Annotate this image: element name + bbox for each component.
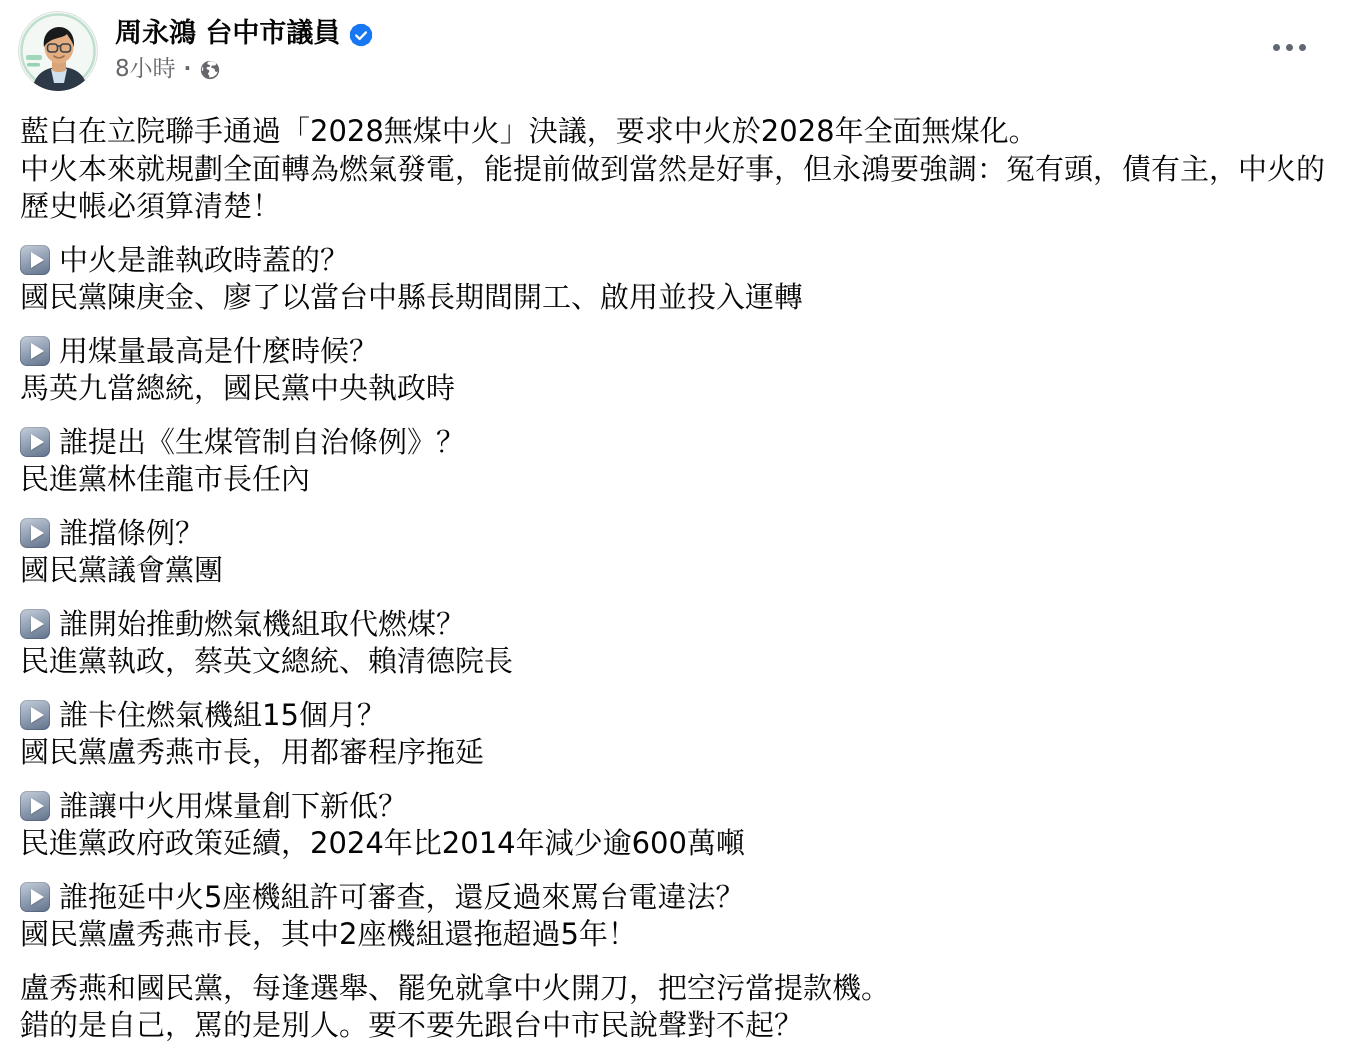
avatar[interactable]	[18, 11, 98, 91]
answer-line: 馬英九當總統，國民黨中央執政時	[20, 370, 1334, 408]
ellipsis-dot	[1273, 44, 1280, 51]
question-line: 誰擋條例？	[20, 515, 1334, 553]
question-line: 中火是誰執政時蓋的？	[20, 242, 1334, 280]
qa-block: 誰擋條例？ 國民黨議會黨團	[20, 515, 1334, 590]
play-button-emoji	[20, 791, 50, 821]
play-button-emoji	[20, 245, 50, 275]
play-button-emoji	[20, 609, 50, 639]
answer-line: 國民黨盧秀燕市長，其中2座機組還拖超過5年！	[20, 916, 1334, 954]
meta-separator: ·	[184, 56, 192, 80]
question-text: 誰提出《生煤管制自治條例》？	[59, 425, 465, 459]
answer-line: 國民黨陳庚金、廖了以當台中縣長期間開工、啟用並投入運轉	[20, 279, 1334, 317]
avatar-image	[18, 11, 98, 91]
qa-block: 誰開始推動燃氣機組取代燃煤？ 民進黨執政，蔡英文總統、賴清德院長	[20, 606, 1334, 681]
question-line: 誰拖延中火5座機組許可審查，還反過來罵台電違法？	[20, 879, 1334, 917]
play-button-emoji	[20, 882, 50, 912]
play-button-emoji	[20, 700, 50, 730]
intro-line: 中火本來就規劃全面轉為燃氣發電，能提前做到當然是好事，但永鴻要強調：冤有頭，債有…	[20, 151, 1334, 189]
author-name-link[interactable]: 周永鴻 台中市議員	[115, 19, 340, 49]
play-button-emoji	[20, 427, 50, 457]
question-text: 用煤量最高是什麼時候？	[59, 334, 378, 368]
question-line: 用煤量最高是什麼時候？	[20, 333, 1334, 371]
qa-block: 誰提出《生煤管制自治條例》？ 民進黨林佳龍市長任內	[20, 424, 1334, 499]
qa-block: 中火是誰執政時蓋的？ 國民黨陳庚金、廖了以當台中縣長期間開工、啟用並投入運轉	[20, 242, 1334, 317]
author-name-row: 周永鴻 台中市議員	[115, 19, 373, 49]
header-info: 周永鴻 台中市議員 8小時 ·	[115, 11, 373, 81]
qa-block: 誰卡住燃氣機組15個月？ 國民黨盧秀燕市長，用都審程序拖延	[20, 697, 1334, 772]
globe-public-icon	[199, 59, 221, 81]
verified-badge-icon	[349, 23, 373, 47]
play-button-emoji	[20, 336, 50, 366]
ellipsis-dot	[1286, 44, 1293, 51]
answer-line: 國民黨議會黨團	[20, 552, 1334, 590]
closing-line: 錯的是自己，罵的是別人。要不要先跟台中市民說聲對不起？	[20, 1007, 1334, 1045]
question-text: 誰擋條例？	[59, 516, 204, 550]
question-text: 誰拖延中火5座機組許可審查，還反過來罵台電違法？	[59, 880, 744, 914]
question-line: 誰開始推動燃氣機組取代燃煤？	[20, 606, 1334, 644]
intro-line: 藍白在立院聯手通過「2028無煤中火」決議，要求中火於2028年全面無煤化。	[20, 113, 1334, 151]
post-meta-row: 8小時 ·	[115, 57, 373, 81]
play-button-emoji	[20, 518, 50, 548]
intro-paragraph: 藍白在立院聯手通過「2028無煤中火」決議，要求中火於2028年全面無煤化。 中…	[20, 113, 1334, 226]
question-line: 誰讓中火用煤量創下新低？	[20, 788, 1334, 826]
question-text: 誰卡住燃氣機組15個月？	[59, 698, 386, 732]
qa-block: 用煤量最高是什麼時候？ 馬英九當總統，國民黨中央執政時	[20, 333, 1334, 408]
question-line: 誰提出《生煤管制自治條例》？	[20, 424, 1334, 462]
ellipsis-dot	[1299, 44, 1306, 51]
question-text: 誰開始推動燃氣機組取代燃煤？	[59, 607, 465, 641]
closing-paragraph: 盧秀燕和國民黨，每逢選舉、罷免就拿中火開刀，把空污當提款機。 錯的是自己，罵的是…	[20, 970, 1334, 1045]
more-options-button[interactable]	[1269, 36, 1310, 59]
timestamp-link[interactable]: 8小時	[115, 57, 176, 81]
answer-line: 國民黨盧秀燕市長，用都審程序拖延	[20, 734, 1334, 772]
intro-line: 歷史帳必須算清楚！	[20, 188, 1334, 226]
answer-line: 民進黨執政，蔡英文總統、賴清德院長	[20, 643, 1334, 681]
question-line: 誰卡住燃氣機組15個月？	[20, 697, 1334, 735]
post-header: 周永鴻 台中市議員 8小時 ·	[20, 0, 1334, 91]
post-text: 藍白在立院聯手通過「2028無煤中火」決議，要求中火於2028年全面無煤化。 中…	[20, 113, 1334, 1045]
facebook-post: 周永鴻 台中市議員 8小時 ·	[0, 0, 1352, 1045]
question-text: 中火是誰執政時蓋的？	[59, 243, 349, 277]
answer-line: 民進黨林佳龍市長任內	[20, 461, 1334, 499]
qa-block: 誰拖延中火5座機組許可審查，還反過來罵台電違法？ 國民黨盧秀燕市長，其中2座機組…	[20, 879, 1334, 954]
answer-line: 民進黨政府政策延續，2024年比2014年減少逾600萬噸	[20, 825, 1334, 863]
closing-line: 盧秀燕和國民黨，每逢選舉、罷免就拿中火開刀，把空污當提款機。	[20, 970, 1334, 1008]
qa-block: 誰讓中火用煤量創下新低？ 民進黨政府政策延續，2024年比2014年減少逾600…	[20, 788, 1334, 863]
question-text: 誰讓中火用煤量創下新低？	[59, 789, 407, 823]
